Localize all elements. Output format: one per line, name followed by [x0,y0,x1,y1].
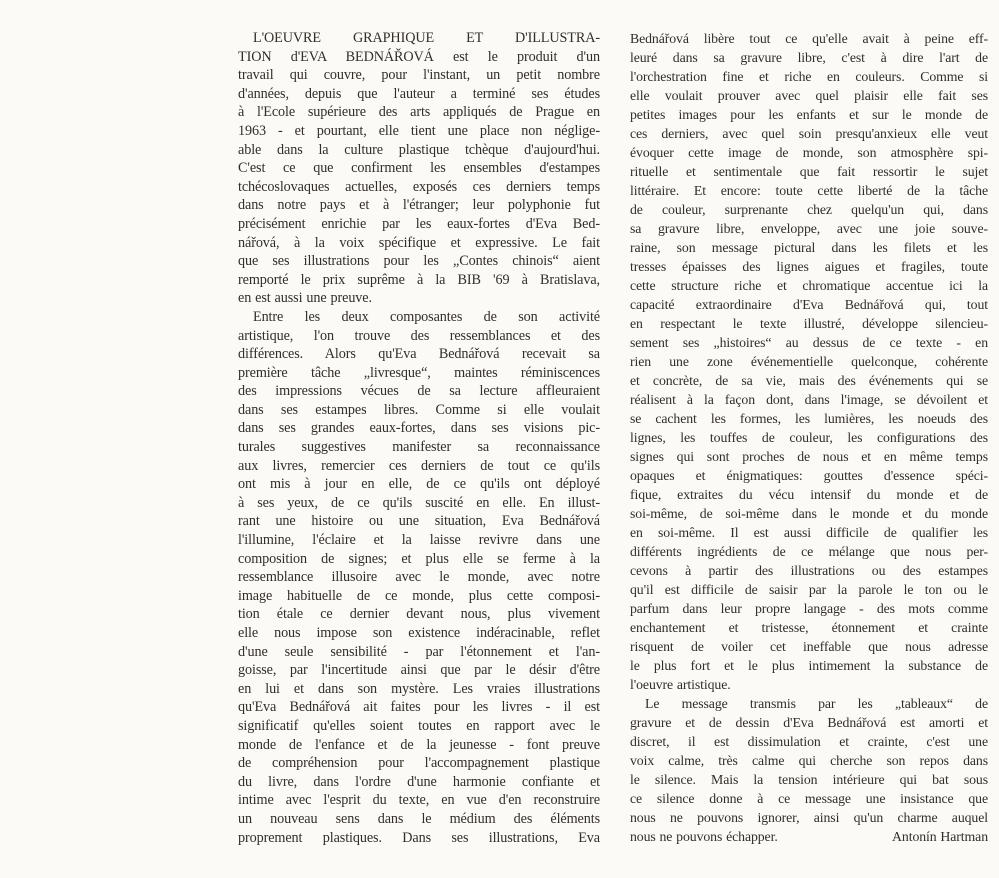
closing-text: nous ne pouvons échapper. [630,827,778,846]
text-line: elle nous impose son existence indéracin… [238,624,600,643]
text-line: remporté le prix suprême à la BIB '69 à … [238,271,600,290]
text-line: rituelle et sentimentale que fait ressor… [630,162,988,181]
text-line: rien une zone événementielle quelconque,… [630,352,988,371]
text-line: discret, il est dissimulation et crainte… [630,732,988,751]
text-line: elle voulait prouver avec quel plaisir e… [630,86,988,105]
text-line: goisse, par l'incertitude ainsi que par … [238,661,600,680]
text-line: un nouveau sens dans le médium des éléme… [238,810,600,829]
text-line: Le message transmis par les „tableaux“ d… [630,694,988,713]
text-line: 1963 - et pourtant, elle tient une place… [238,122,600,141]
text-line: des impressions vécues de sa lecture aff… [238,382,600,401]
text-line: opaques et énigmatiques: gouttes d'essen… [630,466,988,485]
text-line: Bednářová libère tout ce qu'elle avait à… [630,29,988,48]
text-line: monde de l'enfance et de la jeunesse - f… [238,736,600,755]
text-line: composition de signes; et plus elle se f… [238,550,600,569]
text-line: cette structure riche et chromatique acc… [630,276,988,295]
text-line: TION d'EVA BEDNÁŘOVÁ est le produit d'un [238,48,600,67]
text-line: travail qui couvre, pour l'instant, un p… [238,66,600,85]
text-line: risquent de voiler cet ineffable que nou… [630,637,988,656]
text-line: l'oeuvre artistique. [630,675,988,694]
paragraph: Bednářová libère tout ce qu'elle avait à… [630,29,988,694]
text-line: ce silence donne à ce message une insist… [630,789,988,808]
text-line: différences. Alors qu'Eva Bednářová rece… [238,345,600,364]
text-line: l'orchestration fine et riche en couleur… [630,67,988,86]
author-name: Antonín Hartman [892,827,988,846]
text-column-left: L'OEUVRE GRAPHIQUE ET D'ILLUSTRA-TION d'… [238,29,600,847]
text-line: qu'il est difficile de saisir par la par… [630,580,988,599]
paragraph: Entre les deux composantes de son activi… [238,308,600,847]
text-line: se cachent les formes, les lumières, les… [630,409,988,428]
text-line: littéraire. Et encore: toute cette liber… [630,181,988,200]
text-line: petites images pour les enfants et sur l… [630,105,988,124]
text-line: lignes, les touffes de couleur, les conf… [630,428,988,447]
text-line: image habituelle de ce monde, plus cette… [238,587,600,606]
text-line: tresses épaisses des lignes aigues et fr… [630,257,988,276]
text-line: rant une histoire ou une situation, Eva … [238,512,600,531]
text-line: en lui et dans son mystère. Les vraies i… [238,680,600,699]
text-line: différents ingrédients de ce mélange que… [630,542,988,561]
text-line: raine, son message pictural dans les fil… [630,238,988,257]
text-line: tion étale ce dernier devant nous, plus … [238,605,600,624]
text-line: tchécoslovaques actuelles, exposés ces d… [238,178,600,197]
text-line: leuré dans sa gravure libre, c'est à dir… [630,48,988,67]
text-line: de compréhension pour l'accompagnement p… [238,754,600,773]
two-column-text-block: L'OEUVRE GRAPHIQUE ET D'ILLUSTRA-TION d'… [238,29,988,847]
text-line: le plus fort et le plus intimement la su… [630,656,988,675]
text-line: fique, extraites du vécu intensif du mon… [630,485,988,504]
text-line: en respectant le texte illustré, dévelop… [630,314,988,333]
text-line: le silence. Mais la tension intérieure q… [630,770,988,789]
text-line: à ses yeux, de ce qu'ils suscité en elle… [238,494,600,513]
paragraph: Le message transmis par les „tableaux“ d… [630,694,988,846]
text-line: et concrète, de sa vie, mais des événeme… [630,371,988,390]
text-line: d'une seule sensibilité - par l'étonneme… [238,643,600,662]
text-line: voix calme, très calme qui cherche son r… [630,751,988,770]
text-column-right: Bednářová libère tout ce qu'elle avait à… [630,29,988,847]
text-line: nářová, à la voix spécifique et expressi… [238,234,600,253]
text-line: cevons à partir des illustrations ou des… [630,561,988,580]
paragraph: L'OEUVRE GRAPHIQUE ET D'ILLUSTRA-TION d'… [238,29,600,308]
text-line: ont mis à jour en elle, de ce qu'ils ont… [238,475,600,494]
text-line: aux livres, remercier ces derniers de to… [238,457,600,476]
text-line: intime avec l'esprit du texte, en vue d'… [238,791,600,810]
signature-line: nous ne pouvons échapper.Antonín Hartman [630,827,988,846]
text-line: de couleur, surprenante chez quelqu'un q… [630,200,988,219]
text-line: réalisent à la façon dont, dans l'image,… [630,390,988,409]
text-line: première tâche „livresque“, maintes rémi… [238,364,600,383]
text-line: significatif qu'elles soient toutes en r… [238,717,600,736]
text-line: capacité extraordinaire d'Eva Bednářová … [630,295,988,314]
scanned-article-page: L'OEUVRE GRAPHIQUE ET D'ILLUSTRA-TION d'… [0,0,999,878]
text-line: parfum dans leur propre langage - des mo… [630,599,988,618]
text-line: signes qui sont proches de nous et en mê… [630,447,988,466]
text-line: gravure et de dessin d'Eva Bednářová est… [630,713,988,732]
text-line: ces derniers, avec quel soin presqu'anxi… [630,124,988,143]
text-line: en est aussi une preuve. [238,289,600,308]
text-line: able dans la culture plastique tchèque d… [238,141,600,160]
text-line: soi-même, de soi-même dans le monde et d… [630,504,988,523]
text-line: en soi-même. Il est aussi difficile de q… [630,523,988,542]
text-line: dans ses grandes eaux-fortes, dans ses v… [238,419,600,438]
text-line: enchantement et tristesse, étonnement et… [630,618,988,637]
text-line: évoquer cette image de monde, son atmosp… [630,143,988,162]
text-line: proprement plastiques. Dans ses illustra… [238,829,600,848]
text-line: que ses illustrations pour les „Contes c… [238,252,600,271]
text-line: nous ne pouvons ignorer, ainsi qu'un cha… [630,808,988,827]
text-line: dans ses estampes libres. Comme si elle … [238,401,600,420]
text-line: C'est ce que confirment les ensembles d'… [238,159,600,178]
text-line: L'OEUVRE GRAPHIQUE ET D'ILLUSTRA- [238,29,600,48]
text-line: turales suggestives manifester sa reconn… [238,438,600,457]
text-line: sa gravure libre, enveloppe, avec une jo… [630,219,988,238]
text-line: dans notre pays et à l'étranger; leur po… [238,196,600,215]
text-line: sement ses „histoires“ au dessus de ce t… [630,333,988,352]
text-line: qu'Eva Bednářová ait faites pour les liv… [238,698,600,717]
text-line: d'années, depuis que l'auteur a terminé … [238,85,600,104]
text-line: à l'Ecole supérieure des arts appliqués … [238,103,600,122]
text-line: Entre les deux composantes de son activi… [238,308,600,327]
text-line: précisément enrichie par les eaux-fortes… [238,215,600,234]
text-line: artistique, l'on trouve des ressemblance… [238,327,600,346]
text-line: l'illumine, l'éclaire et la laisse reviv… [238,531,600,550]
text-line: du livre, dans l'ordre d'une harmonie co… [238,773,600,792]
text-line: ressemblance illusoire avec le monde, av… [238,568,600,587]
